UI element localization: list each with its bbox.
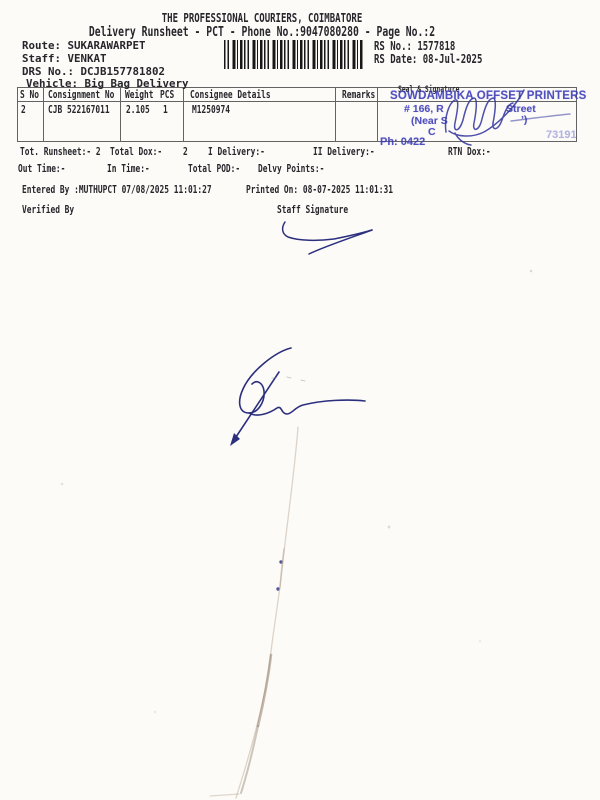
stamp-phone: Ph: 0422 xyxy=(380,137,425,148)
stamp-company-name: SOWDAMBIKA OFFSET PRINTERS xyxy=(390,91,586,103)
stamp-landmark-left: (Near S xyxy=(411,116,448,127)
col-header-remarks: Remarks xyxy=(342,90,375,101)
page-subtitle: Delivery Runsheet - PCT - Phone No.:9047… xyxy=(66,26,459,39)
total-dox-label: Total Dox:- xyxy=(110,147,162,158)
stamp-address-right: Street xyxy=(506,104,536,115)
col-header-pcs: PCS xyxy=(160,90,174,101)
col-header-sno: S No xyxy=(20,90,39,101)
row-sno: 2 xyxy=(21,105,26,116)
out-time-label: Out Time:- xyxy=(18,164,65,175)
barcode-icon xyxy=(224,40,364,69)
stamp-address-left: # 166, R xyxy=(404,104,444,115)
page-title: THE PROFESSIONAL COURIERS, COIMBATORE xyxy=(66,12,459,24)
rs-no-field: RS No.: 1577818 xyxy=(374,40,455,52)
scanned-runsheet-page: THE PROFESSIONAL COURIERS, COIMBATORE De… xyxy=(0,0,600,800)
ii-delivery-label: II Delivery:- xyxy=(313,147,375,158)
rs-date-field: RS Date: 08-Jul-2025 xyxy=(374,53,482,65)
staff-field: Staff: VENKAT xyxy=(22,54,107,65)
total-pod-label: Total POD:- xyxy=(188,164,240,175)
total-runsheet: Tot. Runsheet:- 2 xyxy=(20,147,101,158)
table-border-bottom xyxy=(17,141,577,142)
staff-signature-mark xyxy=(283,222,372,254)
i-delivery-label: I Delivery:- xyxy=(208,147,265,158)
row-weight: 2.105 xyxy=(126,105,150,116)
entered-by-field: Entered By :MUTHUPCT 07/08/2025 11:01:27 xyxy=(22,185,212,196)
col-header-consignment: Consignment No xyxy=(48,90,114,101)
stamp-city-fragment: C xyxy=(428,127,436,138)
rtn-dox-label: RTN Dox:- xyxy=(448,147,491,158)
table-border-col4 xyxy=(335,87,336,141)
row-pcs: 1 xyxy=(163,105,168,116)
table-border-col1 xyxy=(43,87,44,141)
paper-crease-stain xyxy=(210,427,298,798)
delivery-signature-mark xyxy=(230,348,365,446)
stamp-phone-tail: 73191 xyxy=(546,130,577,141)
delvy-points-label: Delvy Points:- xyxy=(258,164,324,175)
row-consignee: M1250974 xyxy=(192,105,230,116)
table-border-col3 xyxy=(183,87,184,141)
route-field: Route: SUKARAWARPET xyxy=(22,41,146,52)
verified-by-label: Verified By xyxy=(22,205,74,216)
printed-on-field: Printed On: 08-07-2025 11:01:31 xyxy=(246,185,393,196)
stamp-landmark-right: ’) xyxy=(521,115,527,126)
total-dox-value: 2 xyxy=(183,147,188,158)
ink-overlay xyxy=(0,0,600,800)
table-border-left xyxy=(17,87,18,141)
row-consignment-no: CJB 522167011 xyxy=(48,105,110,116)
table-border-col5 xyxy=(377,87,378,141)
col-header-consignee: Consignee Details xyxy=(190,90,271,101)
in-time-label: In Time:- xyxy=(107,164,150,175)
table-border-col2 xyxy=(120,87,121,141)
ink-dots xyxy=(276,560,282,590)
staff-signature-label: Staff Signature xyxy=(277,205,348,216)
col-header-weight: Weight xyxy=(125,90,153,101)
